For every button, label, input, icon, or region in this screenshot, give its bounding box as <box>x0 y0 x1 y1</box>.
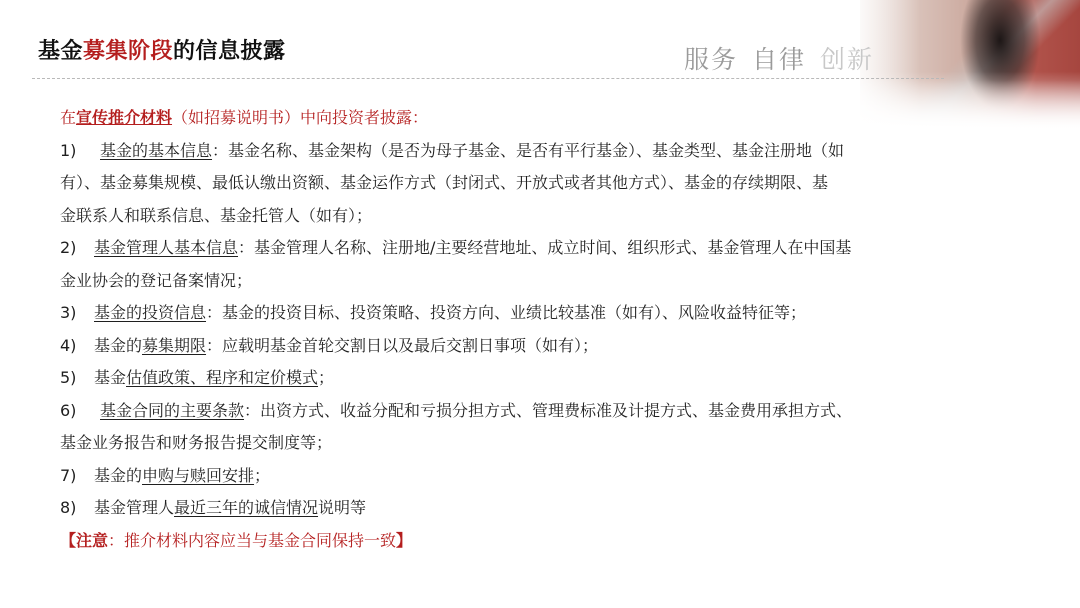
list-item-6-cont: 基金业务报告和财务报告提交制度等； <box>60 427 960 460</box>
item-underlined: 申购与赎回安排 <box>142 466 254 485</box>
note-line: 【注意：推介材料内容应当与基金合同保持一致】 <box>60 525 960 558</box>
list-item-7: 7)基金的申购与赎回安排； <box>60 460 960 493</box>
slogan: 服务自律创新 <box>684 40 888 76</box>
slide: 基金募集阶段的信息披露 服务自律创新 在宣传推介材料（如招募说明书）中向投资者披… <box>0 0 1080 608</box>
item-number: 8) <box>60 492 94 525</box>
item-post: ：基金名称、基金架构（是否为母子基金、是否有平行基金）、基金类型、基金注册地（如 <box>212 141 844 160</box>
disclosure-content: 在宣传推介材料（如招募说明书）中向投资者披露： 1)基金的基本信息：基金名称、基… <box>60 102 960 557</box>
page-title: 基金募集阶段的信息披露 <box>38 34 286 65</box>
intro-suffix: （如招募说明书）中向投资者披露： <box>172 108 428 127</box>
list-item-1-cont: 金联系人和联系信息、基金托管人（如有）； <box>60 200 960 233</box>
item-underlined: 最近三年的诚信情况 <box>174 498 318 517</box>
item-post: ； <box>254 466 270 485</box>
list-item-1: 1)基金的基本信息：基金名称、基金架构（是否为母子基金、是否有平行基金）、基金类… <box>60 135 960 168</box>
note-text: ：推介材料内容应当与基金合同保持一致 <box>108 531 396 550</box>
item-post: ：基金管理人名称、注册地/主要经营地址、成立时间、组织形式、基金管理人在中国基 <box>238 238 851 257</box>
intro-highlight: 宣传推介材料 <box>76 108 172 127</box>
item-number: 3) <box>60 297 94 330</box>
title-suffix: 的信息披露 <box>173 39 286 64</box>
list-item-6: 6)基金合同的主要条款：出资方式、收益分配和亏损分担方式、管理费标准及计提方式、… <box>60 395 960 428</box>
title-prefix: 基金 <box>38 39 83 64</box>
item-number: 2) <box>60 232 94 265</box>
item-number: 5) <box>60 362 94 395</box>
item-underlined: 基金合同的主要条款 <box>100 401 244 420</box>
intro-line: 在宣传推介材料（如招募说明书）中向投资者披露： <box>60 102 960 135</box>
item-post: ； <box>318 368 334 387</box>
item-pre: 基金管理人 <box>94 498 174 517</box>
item-post: ：基金的投资目标、投资策略、投资方向、业绩比较基准（如有）、风险收益特征等； <box>206 303 806 322</box>
item-pre: 基金的 <box>94 336 142 355</box>
item-pre: 基金的 <box>94 466 142 485</box>
header-divider <box>32 78 944 79</box>
item-underlined: 估值政策、程序和定价模式 <box>126 368 318 387</box>
slogan-word-service: 服务 <box>684 45 738 74</box>
list-item-2: 2)基金管理人基本信息：基金管理人名称、注册地/主要经营地址、成立时间、组织形式… <box>60 232 960 265</box>
item-underlined: 募集期限 <box>142 336 206 355</box>
list-item-4: 4)基金的募集期限：应载明基金首轮交割日以及最后交割日事项（如有）； <box>60 330 960 363</box>
list-item-3: 3)基金的投资信息：基金的投资目标、投资策略、投资方向、业绩比较基准（如有）、风… <box>60 297 960 330</box>
item-underlined: 基金管理人基本信息 <box>94 238 238 257</box>
item-pre: 基金 <box>94 368 126 387</box>
item-post: ：应载明基金首轮交割日以及最后交割日事项（如有）； <box>206 336 598 355</box>
note-label: 注意 <box>76 531 108 550</box>
item-number: 1) <box>60 135 100 168</box>
title-highlight: 募集阶段 <box>83 39 173 64</box>
note-close-bracket: 】 <box>396 531 412 550</box>
note-open-bracket: 【 <box>60 531 76 550</box>
item-post: 说明等 <box>318 498 366 517</box>
slogan-word-self-discipline: 自律 <box>752 45 806 74</box>
item-number: 4) <box>60 330 94 363</box>
list-item-1-cont: 有）、基金募集规模、最低认缴出资额、基金运作方式（封闭式、开放式或者其他方式）、… <box>60 167 960 200</box>
item-post: ：出资方式、收益分配和亏损分担方式、管理费标准及计提方式、基金费用承担方式、 <box>244 401 852 420</box>
item-underlined: 基金的基本信息 <box>100 141 212 160</box>
list-item-2-cont: 金业协会的登记备案情况； <box>60 265 960 298</box>
item-number: 7) <box>60 460 94 493</box>
item-underlined: 基金的投资信息 <box>94 303 206 322</box>
item-number: 6) <box>60 395 100 428</box>
slogan-word-innovation: 创新 <box>820 45 874 74</box>
list-item-5: 5)基金估值政策、程序和定价模式； <box>60 362 960 395</box>
intro-prefix: 在 <box>60 108 76 127</box>
list-item-8: 8)基金管理人最近三年的诚信情况说明等 <box>60 492 960 525</box>
